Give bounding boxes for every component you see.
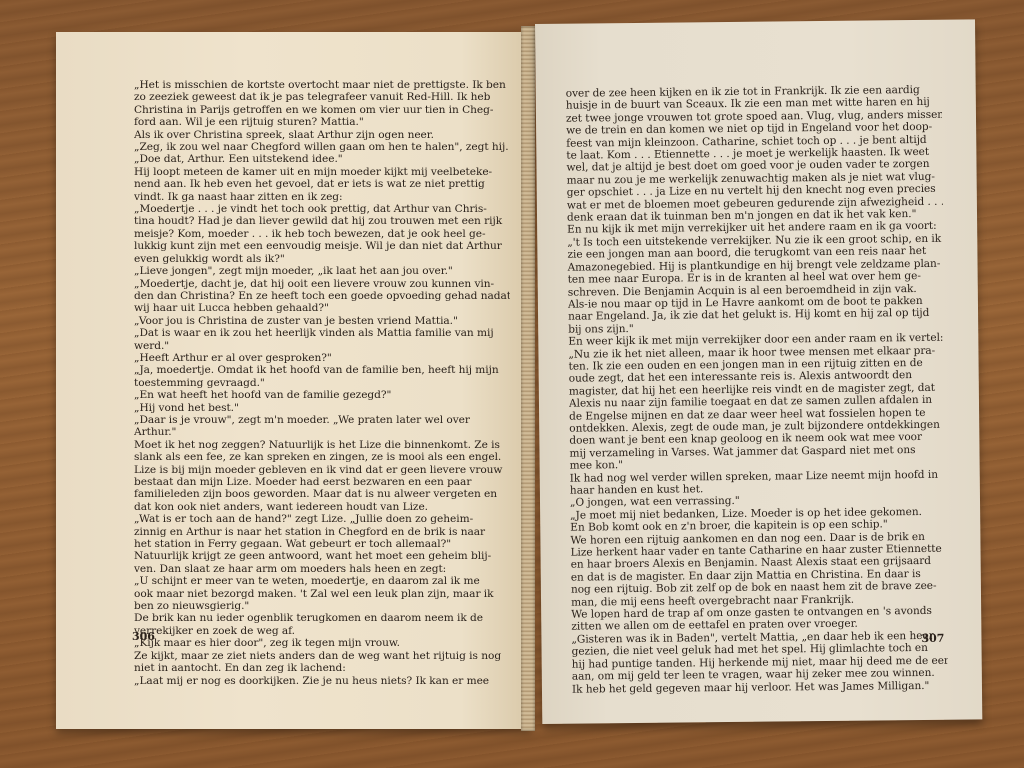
text-line: slank als een fee, ze kan spreken en zin… (134, 451, 510, 463)
text-line: tina houdt? Had je dan liever gewild dat… (134, 215, 510, 227)
text-line: „Dat is waar en ik zou het heerlijk vind… (134, 327, 510, 339)
text-line: „Laat mij er nog es doorkijken. Zie je n… (134, 675, 510, 687)
text-line: familieleden zijn boos geworden. Maar da… (134, 488, 510, 500)
text-line: „Kijk maar es hier door", zeg ik tegen m… (134, 637, 510, 649)
text-line: Als ik over Christina spreek, slaat Arth… (134, 129, 510, 141)
text-line: werd." (134, 340, 510, 352)
text-line: Hij loopt meteen de kamer uit en mijn mo… (134, 166, 510, 178)
text-line: „Ja, moedertje. Omdat ik het hoofd van d… (134, 364, 510, 376)
text-line: nend aan. Ik heb even het gevoel, dat er… (134, 178, 510, 190)
text-line: „Lieve jongen", zegt mijn moeder, „ik la… (134, 265, 510, 277)
text-line: vindt. Ik ga naast haar zitten en ik zeg… (134, 191, 510, 203)
text-line: „Moedertje, dacht je, dat hij ooit een l… (134, 278, 510, 290)
text-line: den dan Christina? En ze heeft toch een … (134, 290, 510, 302)
text-line: ook maar niet bezorgd maken. 't Zal wel … (134, 588, 510, 600)
text-line: verrekijker en zoek de weg af. (134, 625, 510, 637)
right-page: over de zee heen kijken en ik zie tot in… (535, 19, 982, 724)
text-line: „Het is misschien de kortste overtocht m… (134, 79, 510, 91)
text-line: „Hij vond het best." (134, 402, 510, 414)
text-line: Christina in Parijs getroffen en we kome… (134, 104, 510, 116)
text-line: Lize is bij mijn moeder gebleven en ik v… (134, 464, 510, 476)
page-number-left: 306 (132, 630, 155, 643)
page-number-right: 307 (921, 632, 944, 645)
text-line: „En wat heeft het hoofd van de familie g… (134, 389, 510, 401)
text-line: zo zeeziek geweest dat ik je pas telegra… (134, 91, 510, 103)
text-line: Arthur." (134, 426, 510, 438)
text-line: ford aan. Wil je een rijtuig sturen? Mat… (134, 116, 510, 128)
text-line: even gelukkig wordt als ik?" (134, 253, 510, 265)
text-line: „Voor jou is Christina de zuster van je … (134, 315, 510, 327)
text-line: het station in Ferry gegaan. Wat gebeurt… (134, 538, 510, 550)
text-line: lukkig kunt zijn met een eenvoudig meisj… (134, 240, 510, 252)
text-line: „Wat is er toch aan de hand?" zegt Lize.… (134, 513, 510, 525)
text-line: „Zeg, ik zou wel naar Chegford willen ga… (134, 141, 510, 153)
right-page-text: over de zee heen kijken en ik zie tot in… (566, 84, 948, 696)
text-line: „Doe dat, Arthur. Een uitstekend idee." (134, 153, 510, 165)
book-spine (521, 26, 535, 731)
text-line: dat kon ook niet anders, want iedereen h… (134, 501, 510, 513)
text-line: De brik kan nu ieder ogenblik terugkomen… (134, 612, 510, 624)
text-line: meisje? Kom, moeder . . . ik heb toch be… (134, 228, 510, 240)
text-line: „Heeft Arthur er al over gesproken?" (134, 352, 510, 364)
text-line: wij haar uit Lucca hebben gehaald?" (134, 302, 510, 314)
text-line: „Moedertje . . . je vindt het toch ook p… (134, 203, 510, 215)
text-line: Natuurlijk krijgt ze geen antwoord, want… (134, 550, 510, 562)
text-line: toestemming gevraagd." (134, 377, 510, 389)
text-line: ven. Dan slaat ze haar arm om moeders ha… (134, 563, 510, 575)
text-line: „Daar is je vrouw", zegt m'n moeder. „We… (134, 414, 510, 426)
left-page-text: „Het is misschien de kortste overtocht m… (134, 79, 510, 687)
text-line: niet in aantocht. En dan zeg ik lachend: (134, 662, 510, 674)
text-line: ben zo nieuwsgierig." (134, 600, 510, 612)
text-line: bestaat dan mijn Lize. Moeder had eerst … (134, 476, 510, 488)
left-page: „Het is misschien de kortste overtocht m… (56, 32, 532, 729)
text-line: „U schijnt er meer van te weten, moedert… (134, 575, 510, 587)
text-line: Ze kijkt, maar ze ziet niets anders dan … (134, 650, 510, 662)
text-line: Moet ik het nog zeggen? Natuurlijk is he… (134, 439, 510, 451)
text-line: zinnig en Arthur is naar het station in … (134, 526, 510, 538)
